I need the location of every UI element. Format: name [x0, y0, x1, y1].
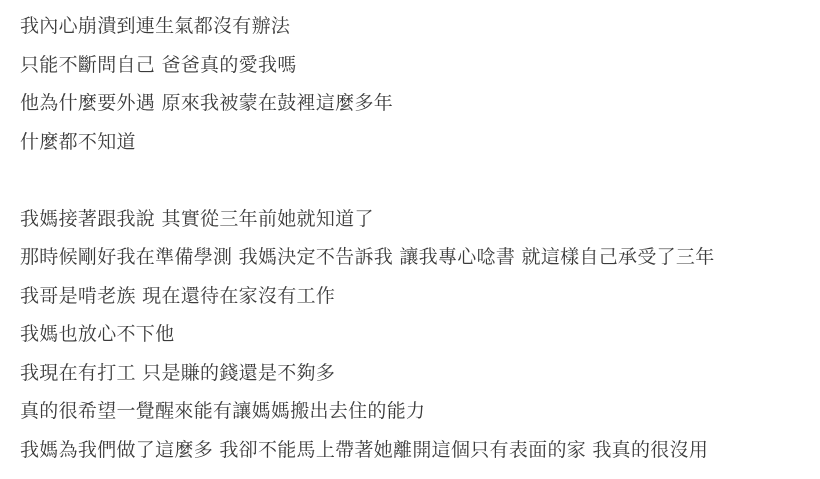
text-line: 我媽也放心不下他	[20, 315, 820, 354]
paragraph-break	[20, 161, 820, 200]
post-text: 我內心崩潰到連生氣都沒有辦法 只能不斷問自己 爸爸真的愛我嗎 他為什麼要外遇 原…	[20, 7, 820, 469]
text-line: 什麼都不知道	[20, 123, 820, 162]
text-line: 我哥是啃老族 現在還待在家沒有工作	[20, 277, 820, 316]
text-line: 只能不斷問自己 爸爸真的愛我嗎	[20, 46, 820, 85]
text-line: 我內心崩潰到連生氣都沒有辦法	[20, 7, 820, 46]
text-line: 我現在有打工 只是賺的錢還是不夠多	[20, 354, 820, 393]
text-line: 他為什麼要外遇 原來我被蒙在鼓裡這麼多年	[20, 84, 820, 123]
text-line: 我媽為我們做了這麼多 我卻不能馬上帶著她離開這個只有表面的家 我真的很沒用	[20, 431, 820, 470]
text-line: 我媽接著跟我說 其實從三年前她就知道了	[20, 200, 820, 239]
text-line: 真的很希望一覺醒來能有讓媽媽搬出去住的能力	[20, 392, 820, 431]
text-line: 那時候剛好我在準備學測 我媽決定不告訴我 讓我專心唸書 就這樣自己承受了三年	[20, 238, 820, 277]
